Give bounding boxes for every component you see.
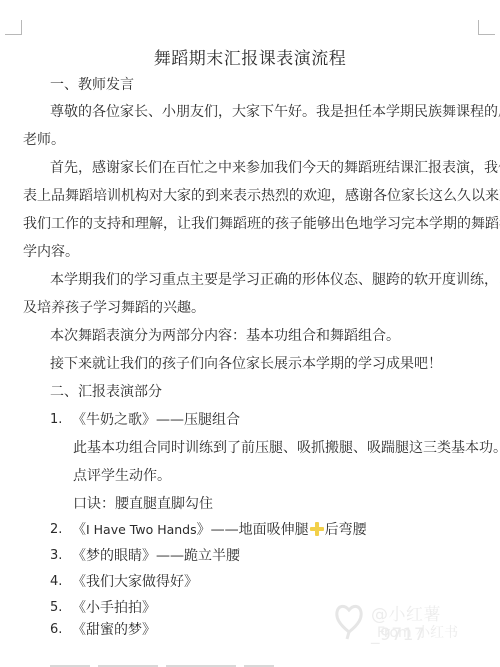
list-item-title: 《小手拍拍》 xyxy=(72,599,156,617)
paragraph-focus-line: 本学期我们的学习重点主要是学习正确的形体仪态、腿跨的软开度训练，以 xyxy=(50,271,500,289)
title-after-plus: 后弯腰 xyxy=(325,522,367,538)
list-item-title: 《牛奶之歌》——压腿组合 xyxy=(72,411,240,429)
paragraph-greeting-line: 尊敬的各位家长、小朋友们，大家下午好。我是担任本学期民族舞课程的周 xyxy=(50,103,500,121)
list-item-mnemonic: 口诀：腰直腿直脚勾住 xyxy=(73,495,213,513)
list-item-description: 点评学生动作。 xyxy=(73,467,171,485)
truncated-text-line xyxy=(50,661,300,667)
margin-corner-mark-top-right xyxy=(478,20,495,35)
paragraph-thanks-line: 我们工作的支持和理解，让我们舞蹈班的孩子能够出色地学习完本学期的舞蹈教 xyxy=(23,215,500,233)
paragraph-focus-line: 及培养孩子学习舞蹈的兴趣。 xyxy=(23,299,205,317)
paragraph-thanks-line: 首先，感谢家长们在百忙之中来参加我们今天的舞蹈班结课汇报表演，我代 xyxy=(50,159,500,177)
watermark-source: From 小红书 xyxy=(377,622,458,642)
list-item-title: 《I Have Two Hands》——地面吸伸腿后弯腰 xyxy=(72,521,367,539)
margin-corner-mark-top-left xyxy=(5,20,22,35)
paragraph-performance-parts: 本次舞蹈表演分为两部分内容：基本功组合和舞蹈组合。 xyxy=(50,327,400,345)
section-heading-performance: 二、汇报表演部分 xyxy=(50,383,162,401)
watermark: @小红薯_9717 From 小红书 xyxy=(335,600,495,650)
paragraph-thanks-line: 学内容。 xyxy=(23,243,79,261)
plus-icon xyxy=(310,522,324,536)
list-number: 1. xyxy=(50,411,62,429)
document-title: 舞蹈期末汇报课表演流程 xyxy=(0,44,500,69)
list-item-title: 《我们大家做得好》 xyxy=(72,573,198,591)
song-title-latin: I Have Two Hands xyxy=(86,522,197,537)
title-close-and-move: 》——地面吸伸腿 xyxy=(197,522,309,538)
document-page: 舞蹈期末汇报课表演流程 一、教师发言 尊敬的各位家长、小朋友们，大家下午好。我是… xyxy=(0,0,500,667)
paragraph-introduction: 接下来就让我们的孩子们向各位家长展示本学期的学习成果吧！ xyxy=(50,355,442,373)
list-item-title: 《梦的眼睛》——跪立半腰 xyxy=(72,547,240,565)
paragraph-thanks-line: 表上品舞蹈培训机构对大家的到来表示热烈的欢迎，感谢各位家长这么久以来对 xyxy=(23,187,500,205)
list-item-description: 此基本功组合同时训练到了前压腿、吸抓搬腿、吸踹腿这三类基本功。 xyxy=(73,439,500,457)
list-number: 6. xyxy=(50,621,62,639)
list-number: 3. xyxy=(50,547,62,565)
list-item-title: 《甜蜜的梦》 xyxy=(72,621,156,639)
paragraph-greeting-line: 老师。 xyxy=(23,131,65,149)
title-open-bracket: 《 xyxy=(72,522,86,538)
list-number: 5. xyxy=(50,599,62,617)
list-number: 2. xyxy=(50,521,62,539)
xiaohongshu-logo-icon xyxy=(335,602,363,640)
section-heading-teacher-speech: 一、教师发言 xyxy=(50,76,134,94)
list-number: 4. xyxy=(50,573,62,591)
